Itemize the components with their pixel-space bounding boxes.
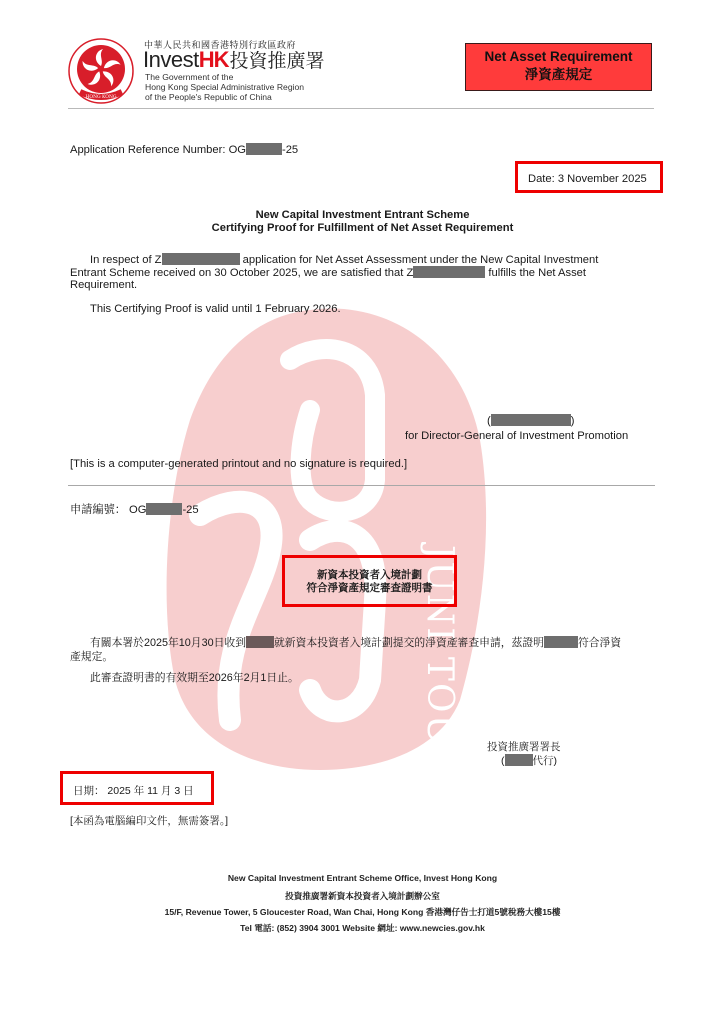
- redacted-block: [505, 754, 533, 766]
- para-text: 就新資本投資者入境計劃提交的淨資產審查申請，茲證明: [274, 637, 544, 649]
- para-text: 符合淨資: [578, 637, 621, 649]
- gov-en-line: Hong Kong Special Administrative Region: [145, 82, 304, 92]
- footer-office-zh: 投資推廣署新資本投資者入境計劃辦公室: [0, 890, 725, 902]
- gov-en-line: of the People's Republic of China: [145, 92, 304, 102]
- redacted-block: [544, 636, 578, 648]
- title-line: New Capital Investment Entrant Scheme: [0, 209, 725, 222]
- section-divider: [68, 485, 655, 486]
- issue-date-en: Date: 3 November 2025: [528, 173, 647, 186]
- certification-paragraph-en: In respect of Z application for Net Asse…: [70, 253, 598, 292]
- ref-label: 申請編號： OG: [70, 504, 146, 516]
- brand-invest: Invest: [143, 47, 199, 72]
- redacted-block: [246, 143, 282, 155]
- para-text: 產規定。: [70, 651, 621, 665]
- para-text: 有關本署於2025年10月30日收到: [90, 637, 246, 649]
- banner-en: Net Asset Requirement: [466, 48, 651, 66]
- issue-date-zh: 日期： 2025 年 11 月 3 日: [73, 785, 194, 798]
- redacted-block: [491, 414, 571, 426]
- validity-paragraph-zh: 此審查證明書的有效期至2026年2月1日止。: [90, 672, 299, 685]
- redacted-block: [146, 503, 182, 515]
- brand-zh: 投資推廣署: [229, 51, 324, 72]
- paren: ): [571, 415, 575, 427]
- para-text: In respect of Z: [90, 254, 162, 266]
- paren: 代行): [533, 755, 558, 767]
- document-title-zh: 新資本投資者入境計劃 符合淨資產規定審查證明書: [282, 569, 457, 595]
- document-title-en: New Capital Investment Entrant Scheme Ce…: [0, 209, 725, 235]
- redacted-block: [246, 636, 274, 648]
- title-line: 新資本投資者入境計劃: [282, 569, 457, 582]
- svg-text:HONG KONG: HONG KONG: [85, 94, 116, 100]
- banner-zh: 淨資產規定: [466, 66, 651, 84]
- gov-en-line: The Government of the: [145, 72, 304, 82]
- footer-address: 15/F, Revenue Tower, 5 Gloucester Road, …: [0, 906, 725, 918]
- no-signature-note-zh: [本函為電腦編印文件，無需簽署。]: [70, 815, 228, 828]
- para-text: application for Net Asset Assessment und…: [243, 254, 599, 266]
- government-name-en: The Government of the Hong Kong Special …: [145, 72, 304, 102]
- ref-suffix: -25: [182, 504, 198, 516]
- title-line: 符合淨資產規定審查證明書: [282, 582, 457, 595]
- certification-paragraph-zh: 有關本署於2025年10月30日收到就新資本投資者入境計劃提交的淨資產審查申請，…: [70, 636, 621, 664]
- signatory-title-zh: 投資推廣署署長: [487, 741, 561, 754]
- net-asset-requirement-banner: Net Asset Requirement 淨資產規定: [465, 43, 652, 91]
- hksar-emblem-icon: HONG KONG: [68, 38, 134, 104]
- signatory-name-zh: (代行): [501, 754, 557, 768]
- header-divider: [68, 108, 654, 109]
- redacted-block: [413, 266, 485, 278]
- signatory-title-en: for Director-General of Investment Promo…: [405, 430, 628, 443]
- redacted-block: [162, 253, 240, 265]
- para-text: Requirement.: [70, 279, 598, 291]
- no-signature-note-en: [This is a computer-generated printout a…: [70, 458, 407, 471]
- ref-label: Application Reference Number: OG: [70, 144, 246, 156]
- ref-suffix: -25: [282, 144, 298, 156]
- footer-contact: Tel 電話: (852) 3904 3001 Website 網址: www.…: [0, 922, 725, 934]
- title-line: Certifying Proof for Fulfillment of Net …: [0, 222, 725, 235]
- application-reference-number-zh: 申請編號： OG-25: [70, 503, 199, 517]
- para-text: Entrant Scheme received on 30 October 20…: [70, 267, 413, 279]
- investhk-logo: InvestHK投資推廣署: [143, 48, 325, 74]
- signatory-name: (): [487, 414, 574, 428]
- brand-hk: HK: [199, 47, 229, 72]
- para-text: fulfills the Net Asset: [488, 267, 586, 279]
- footer-office-en: New Capital Investment Entrant Scheme Of…: [0, 873, 725, 883]
- validity-paragraph-en: This Certifying Proof is valid until 1 F…: [90, 303, 341, 316]
- application-reference-number: Application Reference Number: OG-25: [70, 143, 298, 157]
